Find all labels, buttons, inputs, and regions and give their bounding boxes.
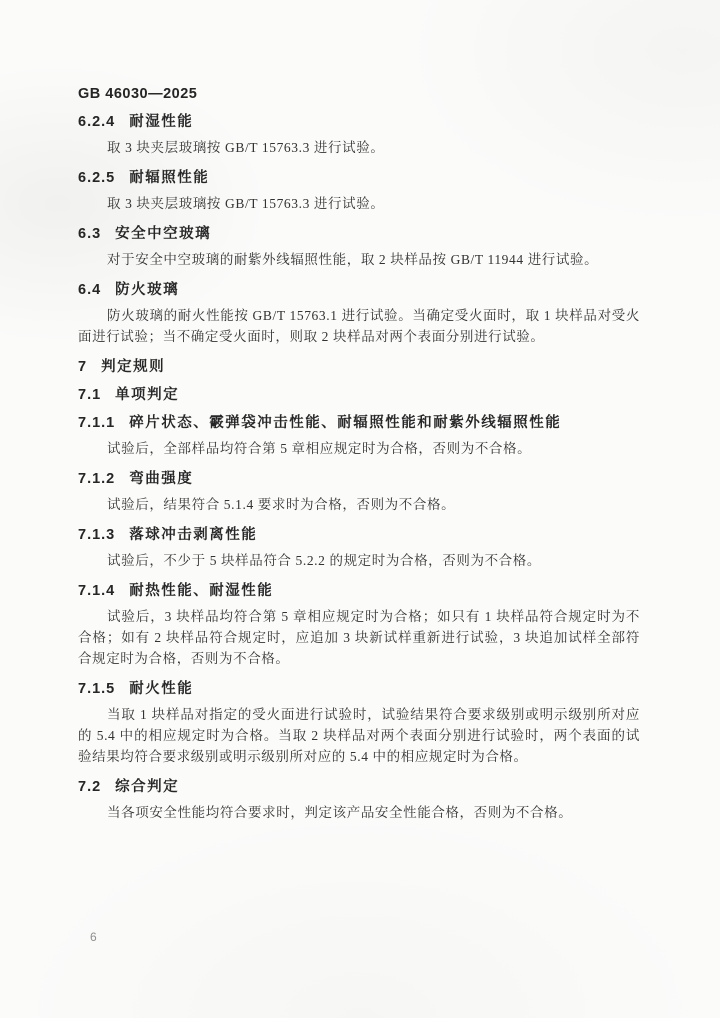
- section-title: 判定规则: [101, 359, 165, 375]
- paragraph: 试验后，不少于 5 块样品符合 5.2.2 的规定时为合格，否则为不合格。: [78, 550, 640, 571]
- section-number: 6.2.5: [78, 170, 115, 186]
- section-title: 耐热性能、耐湿性能: [129, 583, 273, 599]
- paragraph: 防火玻璃的耐火性能按 GB/T 15763.1 进行试验。当确定受火面时，取 1…: [78, 305, 640, 347]
- section-title: 安全中空玻璃: [115, 226, 211, 242]
- paragraph: 当取 1 块样品对指定的受火面进行试验时，试验结果符合要求级别或明示级别所对应的…: [78, 704, 640, 767]
- section-title: 耐火性能: [129, 681, 193, 697]
- document-page: GB 46030—2025 6.2.4耐湿性能 取 3 块夹层玻璃按 GB/T …: [0, 0, 720, 1018]
- section-number: 7.1.4: [78, 583, 115, 599]
- section-number: 7: [78, 359, 87, 375]
- heading-7-1-1: 7.1.1碎片状态、霰弹袋冲击性能、耐辐照性能和耐紫外线辐照性能: [78, 415, 640, 431]
- section-number: 6.4: [78, 282, 101, 298]
- section-title: 落球冲击剥离性能: [129, 527, 257, 543]
- section-title: 弯曲强度: [129, 471, 193, 487]
- heading-6-2-4: 6.2.4耐湿性能: [78, 114, 640, 130]
- section-title: 综合判定: [115, 779, 179, 795]
- heading-6-3: 6.3安全中空玻璃: [78, 226, 640, 242]
- paragraph: 试验后，全部样品均符合第 5 章相应规定时为合格，否则为不合格。: [78, 438, 640, 459]
- section-title: 耐辐照性能: [129, 170, 209, 186]
- section-number: 6.3: [78, 226, 101, 242]
- paragraph: 当各项安全性能均符合要求时，判定该产品安全性能合格，否则为不合格。: [78, 802, 640, 823]
- section-title: 耐湿性能: [129, 114, 193, 130]
- heading-7: 7判定规则: [78, 359, 640, 375]
- heading-7-1-4: 7.1.4耐热性能、耐湿性能: [78, 583, 640, 599]
- heading-7-2: 7.2综合判定: [78, 779, 640, 795]
- section-number: 7.1: [78, 387, 101, 403]
- paragraph: 对于安全中空玻璃的耐紫外线辐照性能，取 2 块样品按 GB/T 11944 进行…: [78, 249, 640, 270]
- heading-7-1-5: 7.1.5耐火性能: [78, 681, 640, 697]
- section-number: 7.1.5: [78, 681, 115, 697]
- section-title: 碎片状态、霰弹袋冲击性能、耐辐照性能和耐紫外线辐照性能: [129, 415, 561, 431]
- section-title: 单项判定: [115, 387, 179, 403]
- section-number: 6.2.4: [78, 114, 115, 130]
- paragraph: 试验后，3 块样品均符合第 5 章相应规定时为合格；如只有 1 块样品符合规定时…: [78, 606, 640, 669]
- section-number: 7.1.1: [78, 415, 115, 431]
- section-number: 7.1.2: [78, 471, 115, 487]
- heading-7-1-3: 7.1.3落球冲击剥离性能: [78, 527, 640, 543]
- section-title: 防火玻璃: [115, 282, 179, 298]
- heading-6-2-5: 6.2.5耐辐照性能: [78, 170, 640, 186]
- standard-number-header: GB 46030—2025: [78, 86, 640, 102]
- paragraph: 取 3 块夹层玻璃按 GB/T 15763.3 进行试验。: [78, 193, 640, 214]
- page-number: 6: [90, 930, 97, 944]
- heading-7-1-2: 7.1.2弯曲强度: [78, 471, 640, 487]
- paragraph: 取 3 块夹层玻璃按 GB/T 15763.3 进行试验。: [78, 137, 640, 158]
- section-number: 7.1.3: [78, 527, 115, 543]
- heading-6-4: 6.4防火玻璃: [78, 282, 640, 298]
- paragraph: 试验后，结果符合 5.1.4 要求时为合格，否则为不合格。: [78, 494, 640, 515]
- section-number: 7.2: [78, 779, 101, 795]
- heading-7-1: 7.1单项判定: [78, 387, 640, 403]
